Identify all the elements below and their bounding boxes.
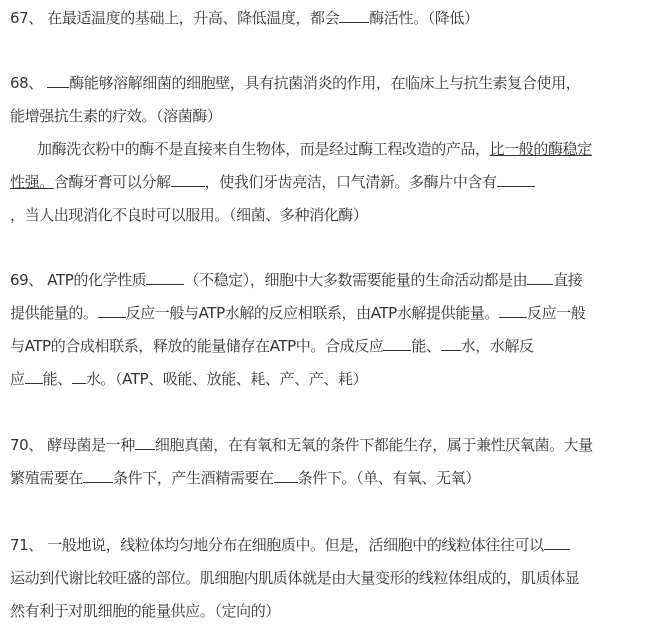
q69-line-4: 应能、水。（ATP、吸能、放能、耗、产、产、耗）	[10, 369, 367, 389]
q71-number: 71、	[10, 536, 43, 554]
para-blank-1	[171, 172, 205, 187]
q70-text-c: 繁殖需要在	[10, 469, 83, 487]
q69-text-d: 提供能量的。	[10, 304, 98, 322]
q71-text-a: 一般地说，线粒体均匀地分布在细胞质中。但是，活细胞中的线粒体往往可以	[47, 536, 543, 554]
q69-text-h: 能、	[411, 337, 440, 355]
q70-line-1: 70、 酵母菌是一种细胞真菌，在有氧和无氧的条件下都能生存，属于兼性厌氧菌。大量	[10, 435, 593, 455]
q71-text-b: 运动到代谢比较旺盛的部位。肌细胞内肌质体就是由大量变形的线粒体组成的，肌质体显	[10, 569, 579, 587]
q70-text-d: 条件下，产生酒精需要在	[113, 469, 274, 487]
q69-line-1: 69、 ATP的化学性质（不稳定），细胞中大多数需要能量的生命活动都是由直接	[10, 270, 582, 290]
para-text-b: 含酶牙膏可以分解	[54, 173, 171, 191]
q71-line-2: 运动到代谢比较旺盛的部位。肌细胞内肌质体就是由大量变形的线粒体组成的，肌质体显	[10, 568, 579, 588]
q68-text-b: 能增强抗生素的疗效。（溶菌酶）	[10, 107, 222, 125]
q69-text-e: 反应一般与ATP水解的反应相联系，由ATP水解提供能量。	[126, 304, 499, 322]
q68-line-2: 能增强抗生素的疗效。（溶菌酶）	[10, 106, 222, 126]
q67-blank	[339, 8, 369, 23]
q69-text-c: 直接	[553, 271, 582, 289]
q67-line-1: 67、 在最适温度的基础上，升高、降低温度，都会酶活性。（降低）	[10, 8, 479, 28]
para-line-3: ，当人出现消化不良时可以服用。（细菌、多种消化酶）	[10, 205, 368, 225]
q69-blank-7	[25, 369, 43, 384]
q67-number: 67、	[10, 9, 43, 27]
q69-blank-4	[499, 303, 527, 318]
q70-blank-2	[83, 468, 113, 483]
q68-blank	[47, 73, 69, 88]
q69-text-g: 与ATP的合成相联系，释放的能量储存在ATP中。合成反应	[10, 337, 383, 355]
q70-line-2: 繁殖需要在条件下，产生酒精需要在条件下。（单、有氧、无氧）	[10, 468, 480, 488]
q69-blank-5	[383, 336, 411, 351]
q69-text-l: 水。（ATP、吸能、放能、耗、产、产、耗）	[86, 370, 367, 388]
q69-text-f: 反应一般	[527, 304, 585, 322]
q69-text-k: 能、	[43, 370, 72, 388]
q69-blank-2	[527, 270, 553, 285]
q69-text-a: ATP的化学性质	[47, 271, 146, 289]
q70-blank-1	[135, 435, 155, 450]
document-page: 67、 在最适温度的基础上，升高、降低温度，都会酶活性。（降低） 68、 酶能够…	[0, 0, 663, 638]
q68-line-1: 68、 酶能够溶解细菌的细胞壁，具有抗菌消炎的作用，在临床上与抗生素复合使用，	[10, 73, 580, 93]
q69-text-j: 应	[10, 370, 25, 388]
q70-blank-3	[274, 468, 298, 483]
q70-text-b: 细胞真菌，在有氧和无氧的条件下都能生存，属于兼性厌氧菌。大量	[155, 436, 593, 454]
q71-line-3: 然有利于对肌细胞的能量供应。（定向的）	[10, 601, 280, 621]
q68-number: 68、	[10, 74, 43, 92]
q69-blank-1	[146, 270, 184, 285]
q70-number: 70、	[10, 436, 43, 454]
para-underlined-a: 比一般的酶稳定	[490, 140, 592, 158]
q68-text-a: 酶能够溶解细菌的细胞壁，具有抗菌消炎的作用，在临床上与抗生素复合使用，	[69, 74, 580, 92]
para-text-c: ，使我们牙齿亮洁，口气清新。多酶片中含有	[205, 173, 497, 191]
q69-line-2: 提供能量的。反应一般与ATP水解的反应相联系，由ATP水解提供能量。反应一般	[10, 303, 585, 323]
q69-blank-6	[441, 336, 461, 351]
q71-text-c: 然有利于对肌细胞的能量供应。（定向的）	[10, 602, 280, 620]
para-blank-2	[497, 172, 535, 187]
q69-blank-8	[72, 369, 86, 384]
q69-line-3: 与ATP的合成相联系，释放的能量储存在ATP中。合成反应能、水，水解反	[10, 336, 534, 356]
q69-text-i: 水，水解反	[461, 337, 534, 355]
q67-text-b: 酶活性。（降低）	[369, 9, 478, 27]
q70-text-a: 酵母菌是一种	[47, 436, 135, 454]
q71-blank	[544, 535, 570, 550]
para-text-d: ，当人出现消化不良时可以服用。（细菌、多种消化酶）	[10, 206, 368, 224]
para-line-2: 性强。含酶牙膏可以分解，使我们牙齿亮洁，口气清新。多酶片中含有	[10, 172, 535, 192]
q69-blank-3	[98, 303, 126, 318]
para-text-a: 加酶洗衣粉中的酶不是直接来自生物体，而是经过酶工程改造的产品，	[37, 140, 490, 158]
q70-text-e: 条件下。（单、有氧、无氧）	[298, 469, 480, 487]
q71-line-1: 71、 一般地说，线粒体均匀地分布在细胞质中。但是，活细胞中的线粒体往往可以	[10, 535, 570, 555]
q69-text-b: （不稳定），细胞中大多数需要能量的生命活动都是由	[184, 271, 527, 289]
para-underlined-b: 性强。	[10, 173, 54, 191]
q67-text-a: 在最适温度的基础上，升高、降低温度，都会	[47, 9, 339, 27]
q69-number: 69、	[10, 271, 43, 289]
para-line-1: 加酶洗衣粉中的酶不是直接来自生物体，而是经过酶工程改造的产品，比一般的酶稳定	[37, 139, 592, 159]
